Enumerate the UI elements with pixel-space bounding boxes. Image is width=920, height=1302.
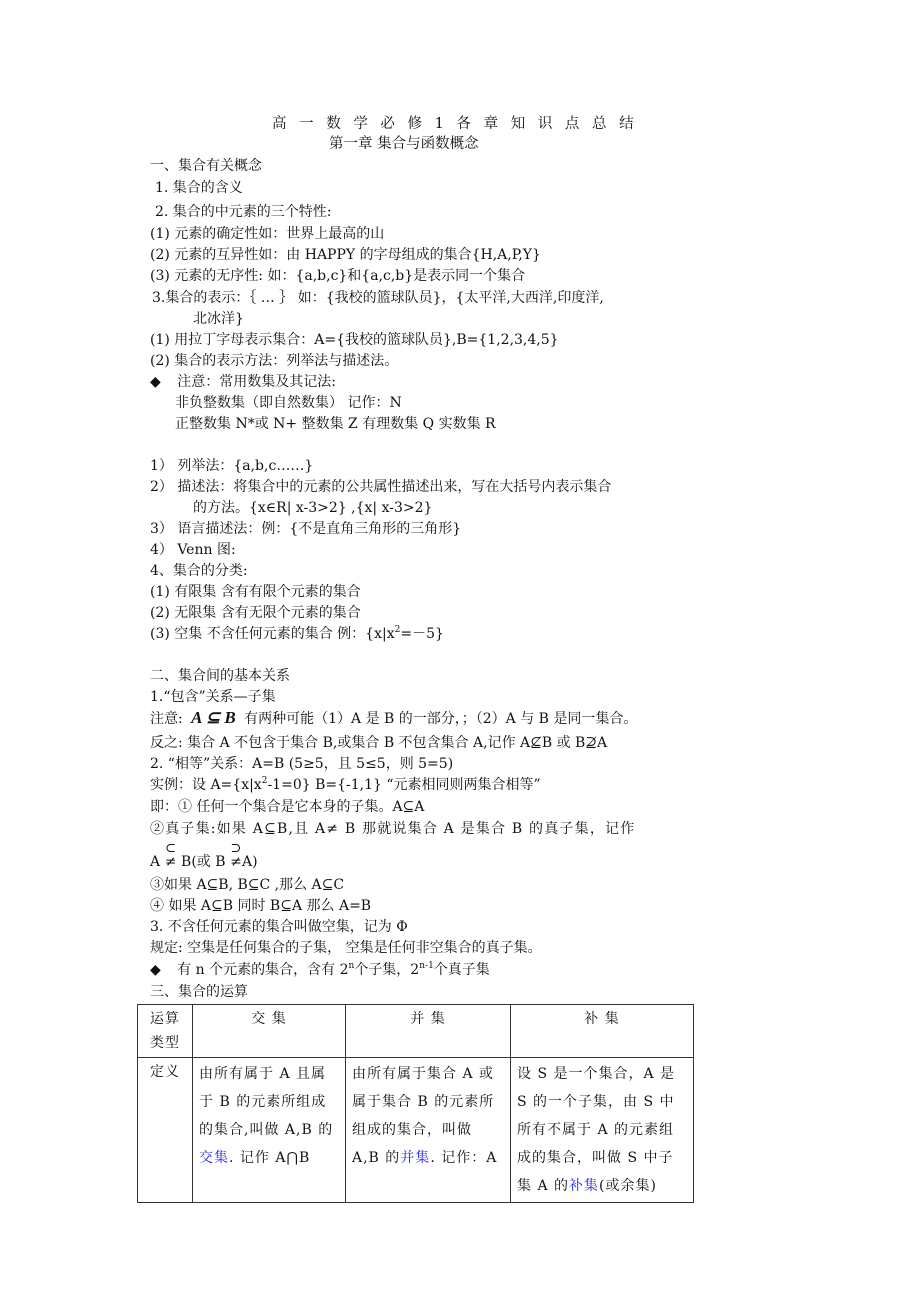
row-label-definition: 定义: [138, 1058, 193, 1203]
class-empty: (3) 空集 不含任何元素的集合 例：{x|x2=－5}: [150, 624, 444, 644]
method-roster: 1） 列举法：{a,b,c……}: [150, 456, 313, 476]
note-number-sets: 正整数集 N*或 N+ 整数集 Z 有理数集 Q 实数集 R: [175, 414, 496, 434]
section2-heading: 二、集合间的基本关系: [150, 666, 290, 686]
subset-antisymmetric: ④ 如果 A⊆B 同时 B⊆A 那么 A=B: [150, 896, 371, 916]
section1-heading: 一、集合有关概念: [150, 156, 262, 176]
header-union: 并 集: [346, 1005, 511, 1058]
header-complement: 补 集: [511, 1005, 694, 1058]
diamond-bullet-icon: ◆: [150, 374, 161, 390]
empty-set-rule: 规定: 空集是任何集合的子集， 空集是任何非空集合的真子集。: [150, 938, 542, 958]
proper-superset-symbol: ⊃≠: [230, 852, 242, 872]
proper-subset-symbol: ⊂≠: [165, 852, 177, 872]
prop-definiteness: (1) 元素的确定性如：世界上最高的山: [150, 224, 384, 244]
inclusion-note: 注意: A ⊆ B 有两种可能（1）A 是 B 的一部分，；（2）A 与 B 是…: [150, 708, 637, 729]
note-line: ◆ 注意：常用数集及其记法:: [150, 372, 336, 392]
intersection-link[interactable]: 交集: [199, 1150, 229, 1166]
subset-self: 即：① 任何一个集合是它本身的子集。A⊆A: [150, 797, 424, 817]
document-title: 高 一 数 学 必 修 1 各 章 知 识 点 总 结: [272, 114, 638, 134]
chapter-title: 第一章 集合与函数概念: [329, 134, 479, 154]
prop-distinctness: (2) 元素的互异性如：由 HAPPY 的字母组成的集合{H,A,P,Y}: [150, 245, 541, 265]
rep-methods: (2) 集合的表示方法：列举法与描述法。: [150, 351, 398, 371]
cell-union-def: 由所有属于集合 A 或属于集合 B 的元素所组成的集合，叫做 A,B 的并集. …: [346, 1058, 511, 1203]
class-infinite: (2) 无限集 含有无限个元素的集合: [150, 603, 361, 623]
subset-symbol: A ⊆ B: [191, 708, 235, 727]
item-meaning: 1. 集合的含义: [155, 178, 243, 198]
union-link[interactable]: 并集: [400, 1150, 430, 1166]
cell-complement-def: 设 S 是一个集合，A 是 S 的一个子集，由 S 中所有不属于 A 的元素组成…: [511, 1058, 694, 1203]
inclusion-converse: 反之: 集合 A 不包含于集合 B,或集合 B 不包含集合 A,记作 A⊈B 或…: [150, 733, 607, 753]
rep-latin-letters: (1) 用拉丁字母表示集合：A={我校的篮球队员},B={1,2,3,4,5}: [150, 330, 559, 350]
class-finite: (1) 有限集 含有有限个元素的集合: [150, 582, 361, 602]
proper-subset-notation: A ⊂≠ B(或 B ⊃≠A): [150, 852, 258, 872]
proper-subset-def: ②真子集:如果 A⊆B,且 A≠ B 那就说集合 A 是集合 B 的真子集，记作: [150, 819, 635, 839]
classify-heading: 4、集合的分类:: [150, 561, 248, 581]
table-header-row: 运算类型 交 集 并 集 补 集: [138, 1005, 694, 1058]
item-representation-cont: 北冰洋}: [193, 309, 244, 329]
set-operations-table: 运算类型 交 集 并 集 补 集 定义 由所有属于 A 且属于 B 的元素所组成…: [137, 1004, 694, 1203]
relation-inclusion: 1.“包含”关系—子集: [150, 687, 276, 707]
subset-transitive: ③如果 A⊆B, B⊆C ,那么 A⊆C: [150, 875, 344, 895]
method-description-cont: 的方法。{x∈R| x-3>2} ,{x| x-3>2}: [193, 498, 432, 518]
header-intersection: 交 集: [193, 1005, 346, 1058]
item-properties: 2. 集合的中元素的三个特性:: [155, 202, 332, 222]
method-description: 2） 描述法：将集合中的元素的公共属性描述出来，写在大括号内表示集合: [150, 477, 611, 497]
diamond-bullet-icon: ◆: [150, 962, 161, 978]
note-natural-numbers: 非负整数集（即自然数集） 记作：N: [175, 393, 402, 413]
subset-count: ◆ 有 n 个元素的集合，含有 2n个子集，2n-1个真子集: [150, 960, 490, 980]
prop-unordered: (3) 元素的无序性: 如：{a,b,c}和{a,c,b}是表示同一个集合: [150, 266, 525, 286]
method-verbal: 3） 语言描述法：例：{不是直角三角形的三角形}: [150, 519, 461, 539]
cell-intersection-def: 由所有属于 A 且属于 B 的元素所组成的集合,叫做 A,B 的交集. 记作 A…: [193, 1058, 346, 1203]
complement-link[interactable]: 补集: [569, 1178, 599, 1194]
relation-equality: 2. “相等”关系：A=B (5≥5，且 5≤5，则 5=5): [150, 754, 453, 774]
document-page: 高 一 数 学 必 修 1 各 章 知 识 点 总 结 第一章 集合与函数概念 …: [0, 0, 920, 1302]
empty-set-def: 3. 不含任何元素的集合叫做空集，记为 Φ: [150, 917, 408, 937]
note-text: 注意：常用数集及其记法:: [177, 374, 336, 390]
section3-heading: 三、集合的运算: [150, 982, 248, 1002]
method-venn: 4） Venn 图:: [150, 540, 236, 560]
table-row: 定义 由所有属于 A 且属于 B 的元素所组成的集合,叫做 A,B 的交集. 记…: [138, 1058, 694, 1203]
item-representation: 3.集合的表示：｛ … ｝ 如：{我校的篮球队员}，{太平洋,大西洋,印度洋,: [152, 288, 604, 308]
header-operation-type: 运算类型: [138, 1005, 193, 1058]
equality-example: 实例：设 A={x|x2-1=0} B={-1,1} “元素相同则两集合相等”: [150, 775, 541, 795]
